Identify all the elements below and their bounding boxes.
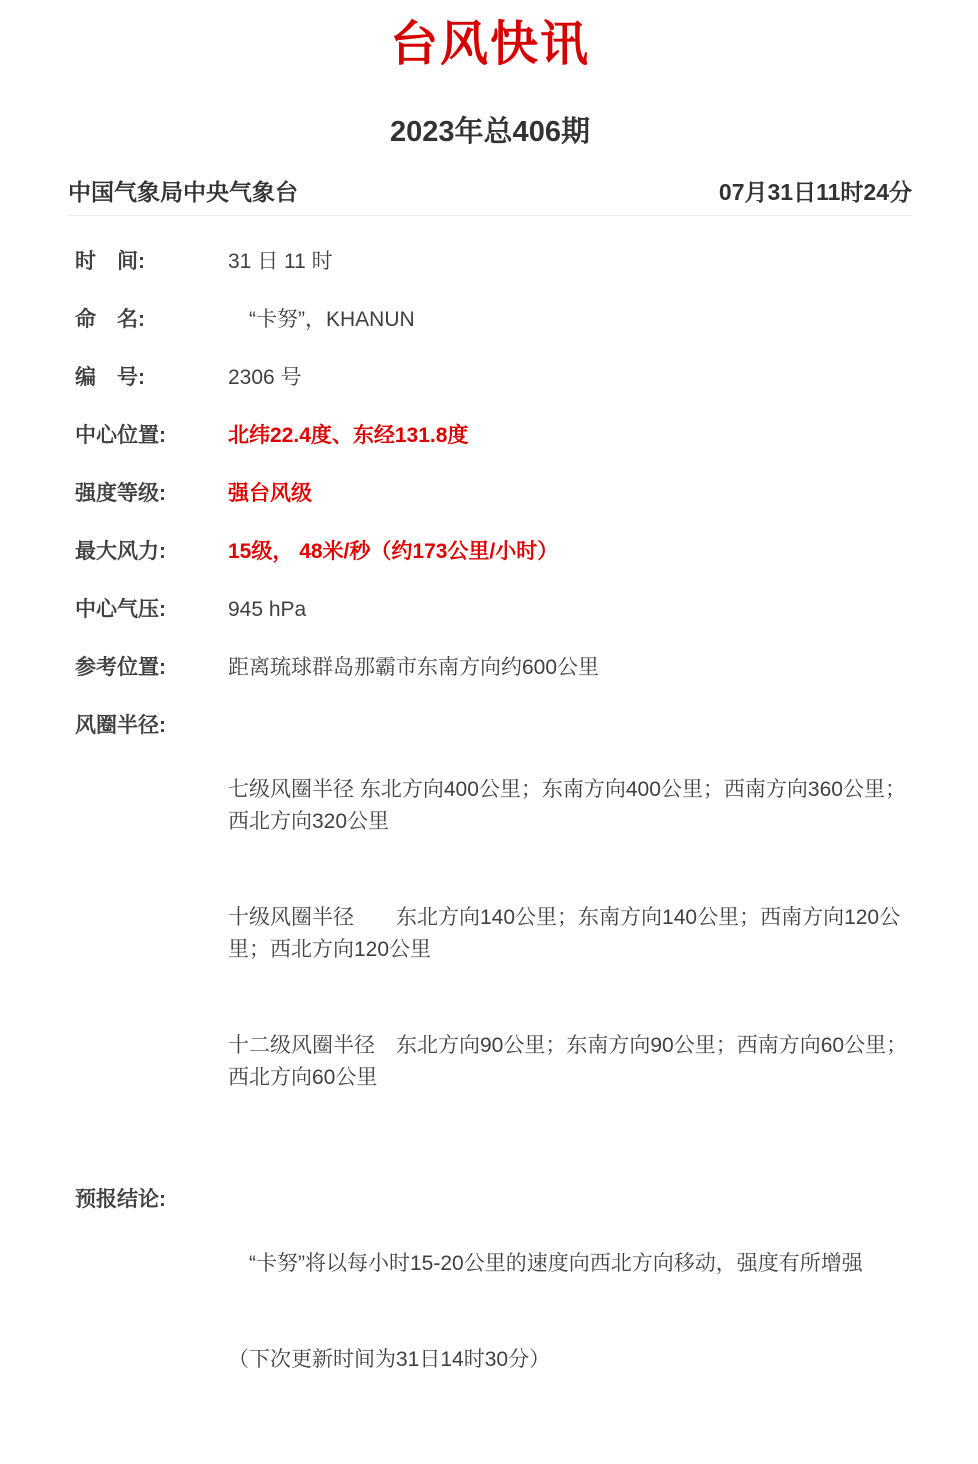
field-value-forecast-conclusion: “卡努”将以每小时15-20公里的速度向西北方向移动，强度有所增强 （下次更新时…: [228, 1184, 912, 1440]
field-value-number: 2306 号: [228, 362, 912, 394]
field-row-wind-circle-radius: 风圈半径: 七级风圈半径 东北方向400公里；东南方向400公里；西南方向360…: [68, 710, 912, 1158]
next-update-time: （下次更新时间为31日14时30分）: [228, 1344, 912, 1376]
field-value-time: 31 日 11 时: [228, 246, 912, 278]
field-label-center-position: 中心位置:: [68, 420, 228, 452]
field-value-max-wind: 15级， 48米/秒（约173公里/小时）: [228, 536, 912, 568]
field-label-time: 时 间:: [68, 246, 228, 278]
field-value-wind-circle-radius: 七级风圈半径 东北方向400公里；东南方向400公里；西南方向360公里；西北方…: [228, 710, 912, 1158]
field-label-forecast-conclusion: 预报结论:: [68, 1184, 228, 1216]
issue-number: 2023年总406期: [68, 117, 912, 147]
field-row-forecast-conclusion: 预报结论: “卡努”将以每小时15-20公里的速度向西北方向移动，强度有所增强 …: [68, 1184, 912, 1440]
field-value-intensity: 强台风级: [228, 478, 912, 510]
wind-circle-level12: 十二级风圈半径 东北方向90公里；东南方向90公里；西南方向60公里；西北方向6…: [228, 1030, 912, 1094]
field-label-name: 命 名:: [68, 304, 228, 336]
field-value-reference-position: 距离琉球群岛那霸市东南方向约600公里: [228, 652, 912, 684]
field-label-max-wind: 最大风力:: [68, 536, 228, 568]
field-value-center-pressure: 945 hPa: [228, 594, 912, 626]
wind-circle-level7: 七级风圈半径 东北方向400公里；东南方向400公里；西南方向360公里；西北方…: [228, 774, 912, 838]
field-label-number: 编 号:: [68, 362, 228, 394]
typhoon-bulletin-page: 台风快讯 2023年总406期 中国气象局中央气象台 07月31日11时24分 …: [0, 0, 978, 1464]
field-row-name: 命 名: “卡努”，KHANUN: [68, 304, 912, 336]
page-title: 台风快讯: [68, 20, 912, 70]
field-value-center-position: 北纬22.4度、东经131.8度: [228, 420, 912, 452]
bulletin-fields: 时 间: 31 日 11 时 命 名: “卡努”，KHANUN 编 号: 230…: [68, 246, 912, 1440]
field-label-reference-position: 参考位置:: [68, 652, 228, 684]
field-value-name: “卡努”，KHANUN: [228, 304, 912, 336]
field-row-center-pressure: 中心气压: 945 hPa: [68, 594, 912, 626]
field-label-wind-circle-radius: 风圈半径:: [68, 710, 228, 742]
field-row-reference-position: 参考位置: 距离琉球群岛那霸市东南方向约600公里: [68, 652, 912, 684]
field-label-intensity: 强度等级:: [68, 478, 228, 510]
issue-datetime: 07月31日11时24分: [719, 179, 912, 205]
meta-row: 中国气象局中央气象台 07月31日11时24分: [68, 179, 912, 205]
agency-name: 中国气象局中央气象台: [68, 179, 298, 205]
field-row-number: 编 号: 2306 号: [68, 362, 912, 394]
field-row-time: 时 间: 31 日 11 时: [68, 246, 912, 278]
field-row-max-wind: 最大风力: 15级， 48米/秒（约173公里/小时）: [68, 536, 912, 568]
field-row-intensity: 强度等级: 强台风级: [68, 478, 912, 510]
header-divider: [68, 215, 912, 216]
wind-circle-level10: 十级风圈半径 东北方向140公里；东南方向140公里；西南方向120公里；西北方…: [228, 902, 912, 966]
field-label-center-pressure: 中心气压:: [68, 594, 228, 626]
field-row-center-position: 中心位置: 北纬22.4度、东经131.8度: [68, 420, 912, 452]
forecast-conclusion-text: “卡努”将以每小时15-20公里的速度向西北方向移动，强度有所增强: [228, 1248, 912, 1280]
